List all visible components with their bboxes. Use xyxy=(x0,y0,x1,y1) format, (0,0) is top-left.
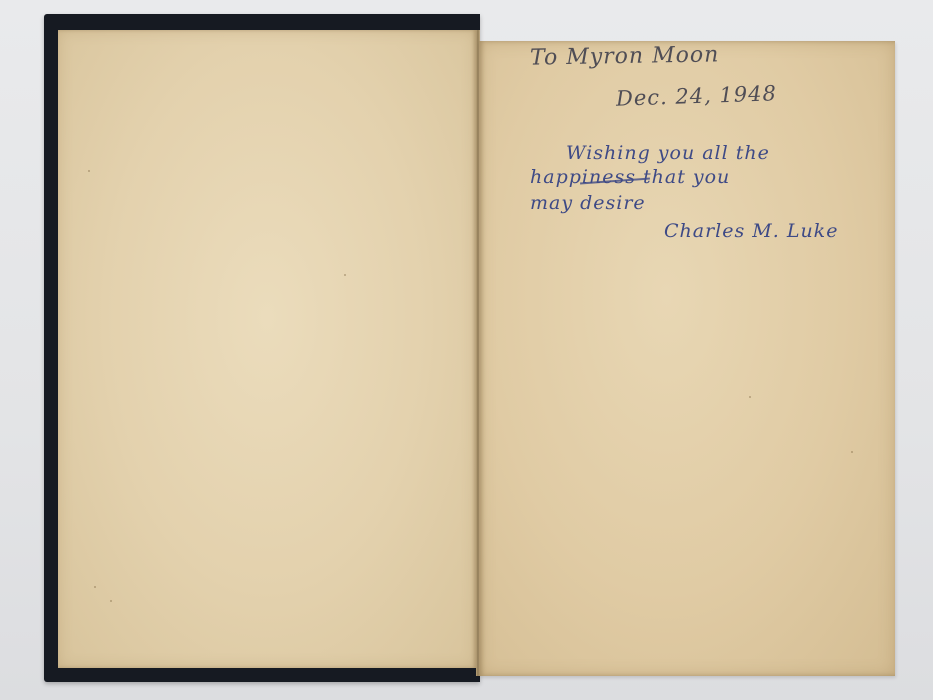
paper-foxing-spot xyxy=(110,600,112,602)
paper-foxing-spot xyxy=(94,586,96,588)
paper-foxing-spot xyxy=(851,451,853,453)
inscription-signature: Charles M. Luke xyxy=(664,220,838,242)
inscription-recipient: To Myron Moon xyxy=(530,42,720,70)
inscription-message-line-1: Wishing you all the xyxy=(566,142,770,164)
book-photo: To Myron Moon Dec. 24, 1948 Wishing you … xyxy=(0,0,933,700)
front-pastedown-page xyxy=(58,30,476,668)
flyleaf-page xyxy=(479,41,895,676)
inscription-message-line-2: happiness that you xyxy=(530,166,730,188)
inscription-message-line-3: may desire xyxy=(530,192,646,214)
paper-foxing-spot xyxy=(88,170,90,172)
paper-foxing-spot xyxy=(344,274,346,276)
paper-foxing-spot xyxy=(749,396,751,398)
